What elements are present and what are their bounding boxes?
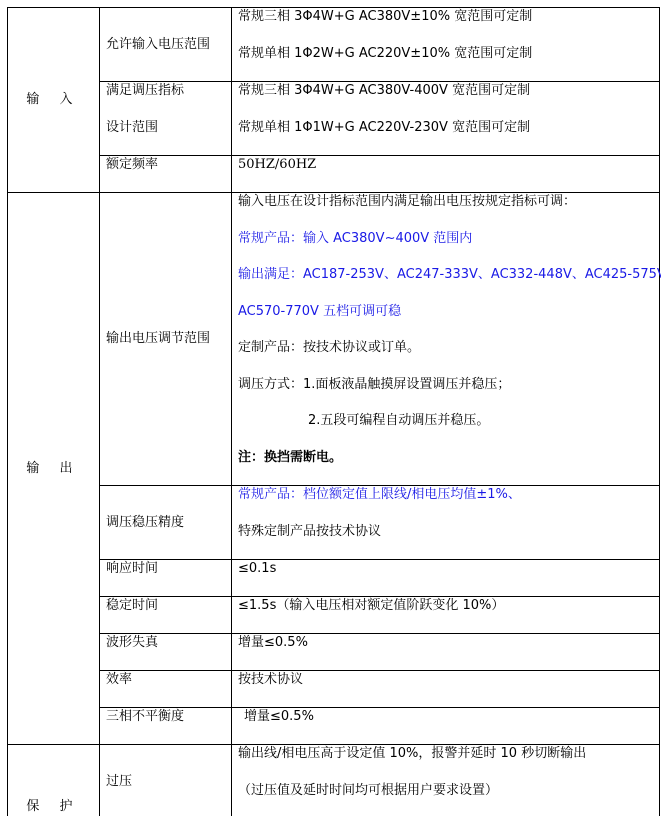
value-waveform-distortion: 增量≤0.5% [232, 634, 660, 671]
label-three-phase-unbalance: 三相不平衡度 [100, 708, 232, 745]
value-settling-time: ≤1.5s（输入电压相对额定值阶跃变化 10%） [232, 597, 660, 634]
table-row: 波形失真 增量≤0.5% [8, 634, 660, 671]
table-row: 调压稳压精度 常规产品：档位额定值上限线/相电压均值±1%、 特殊定制产品按技术… [8, 486, 660, 560]
value-three-phase-unbalance: 增量≤0.5% [232, 708, 660, 745]
label-regulation-precision: 调压稳压精度 [100, 486, 232, 560]
table-row: 稳定时间 ≤1.5s（输入电压相对额定值阶跃变化 10%） [8, 597, 660, 634]
value-overvoltage: 输出线/相电压高于设定值 10%，报警并延时 10 秒切断输出 （过压值及延时时… [232, 745, 660, 816]
label-settling-time: 稳定时间 [100, 597, 232, 634]
table-row: 响应时间 ≤0.1s [8, 560, 660, 597]
label-output-voltage-range: 输出电压调节范围 [100, 193, 232, 486]
label-design-range: 满足调压指标 设计范围 [100, 82, 232, 156]
label-overvoltage: 过压 [100, 745, 232, 816]
value-output-voltage-range: 输入电压在设计指标范围内满足输出电压按规定指标可调： 常规产品：输入 AC380… [232, 193, 660, 486]
note-text: 注：换挡需断电。 [238, 449, 659, 486]
table-row: 输 入 允许输入电压范围 常规三相 3Φ4W+G AC380V±10% 宽范围可… [8, 8, 660, 82]
group-output: 输 出 [8, 193, 100, 745]
value-allowed-input-range: 常规三相 3Φ4W+G AC380V±10% 宽范围可定制 常规单相 1Φ2W+… [232, 8, 660, 82]
table-row: 满足调压指标 设计范围 常规三相 3Φ4W+G AC380V-400V 宽范围可… [8, 82, 660, 156]
value-design-range: 常规三相 3Φ4W+G AC380V-400V 宽范围可定制 常规单相 1Φ1W… [232, 82, 660, 156]
value-regulation-precision: 常规产品：档位额定值上限线/相电压均值±1%、 特殊定制产品按技术协议 [232, 486, 660, 560]
label-response-time: 响应时间 [100, 560, 232, 597]
value-efficiency: 按技术协议 [232, 671, 660, 708]
single-phase-design: 常规单相 1Φ1W+G AC220V-230V 宽范围可定制 [238, 119, 659, 156]
three-phase-range: 常规三相 3Φ4W+G AC380V±10% 宽范围可定制 [238, 8, 659, 45]
label-rated-frequency: 额定频率 [100, 156, 232, 193]
table-row: 额定频率 50HZ/60HZ [8, 156, 660, 193]
table-row: 效率 按技术协议 [8, 671, 660, 708]
table-row: 输 出 输出电压调节范围 输入电压在设计指标范围内满足输出电压按规定指标可调： … [8, 193, 660, 486]
label-waveform-distortion: 波形失真 [100, 634, 232, 671]
single-phase-range: 常规单相 1Φ2W+G AC220V±10% 宽范围可定制 [238, 45, 659, 82]
label-allowed-input-range: 允许输入电压范围 [100, 8, 232, 82]
table-row: 三相不平衡度 增量≤0.5% [8, 708, 660, 745]
value-rated-frequency: 50HZ/60HZ [232, 156, 660, 193]
group-input: 输 入 [8, 8, 100, 193]
table-row: 保 护 过压 输出线/相电压高于设定值 10%，报警并延时 10 秒切断输出 （… [8, 745, 660, 816]
value-response-time: ≤0.1s [232, 560, 660, 597]
three-phase-design: 常规三相 3Φ4W+G AC380V-400V 宽范围可定制 [238, 82, 659, 119]
spec-table: 输 入 允许输入电压范围 常规三相 3Φ4W+G AC380V±10% 宽范围可… [7, 7, 660, 816]
label-efficiency: 效率 [100, 671, 232, 708]
group-protection: 保 护 [8, 745, 100, 816]
